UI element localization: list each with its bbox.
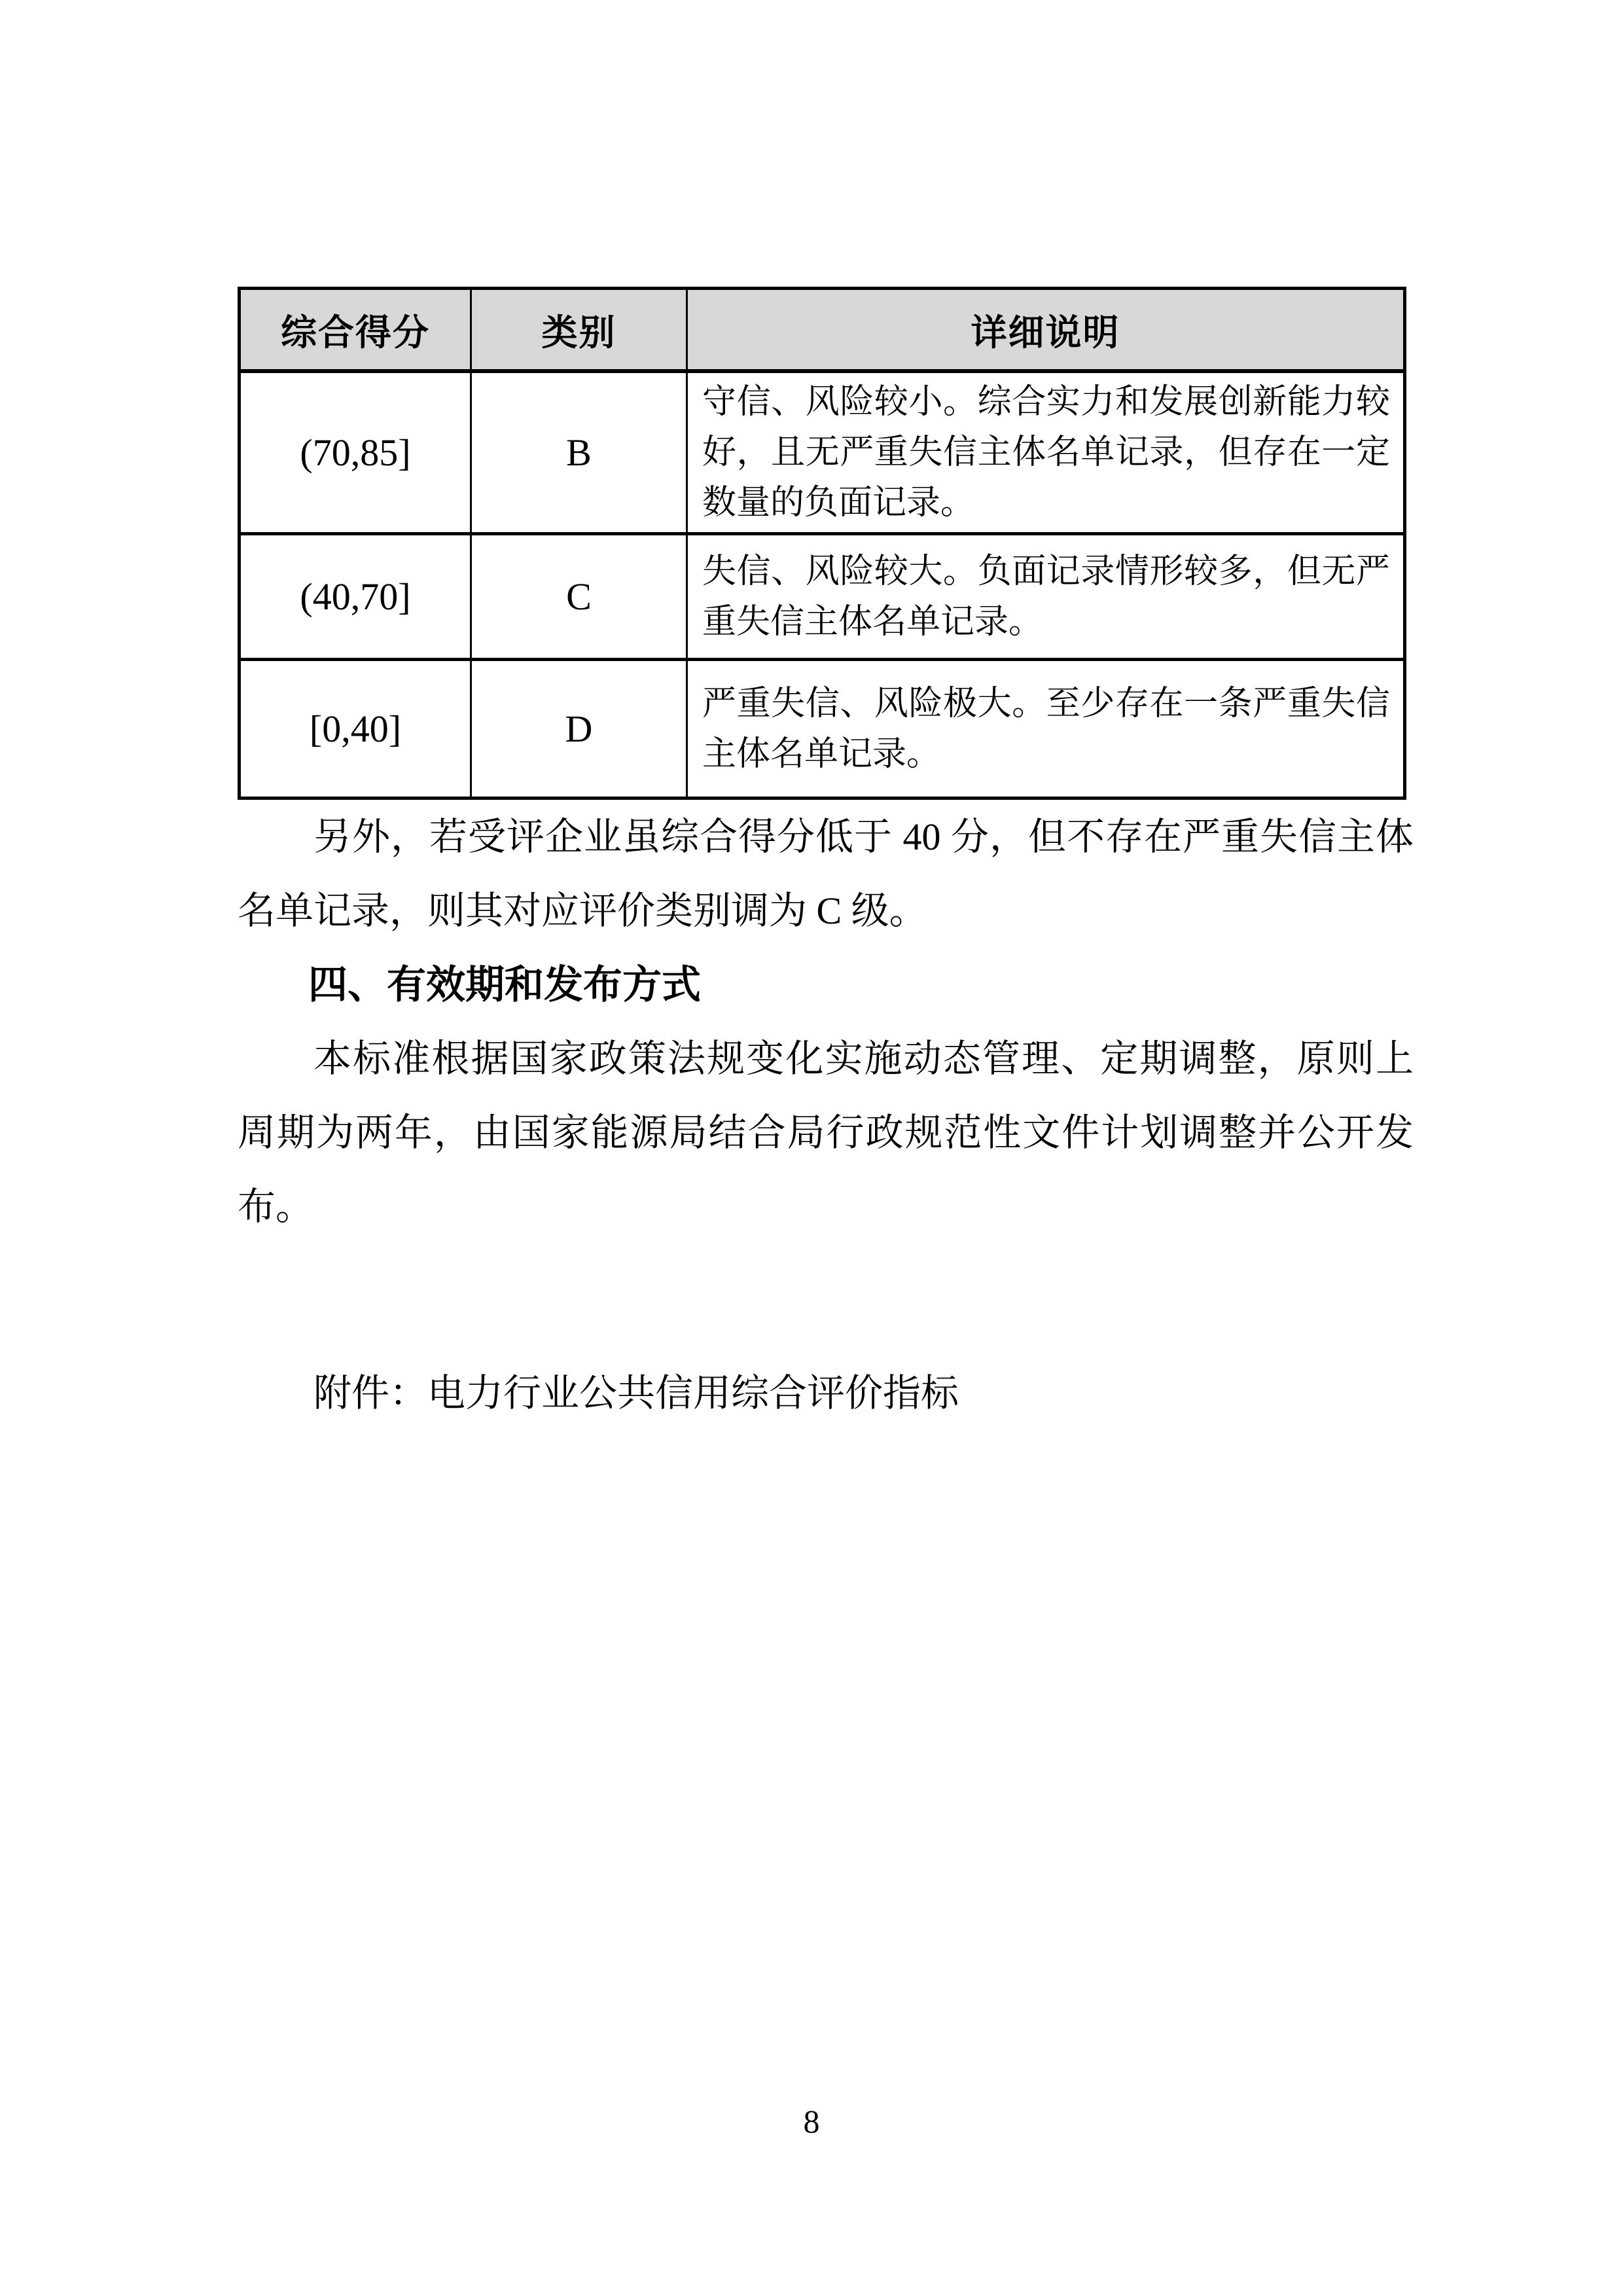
table-row-b: (70,85] B 守信、风险较小。综合实力和发展创新能力较好，且无严重失信主体…: [240, 371, 1405, 534]
note-paragraph: 另外，若受评企业虽综合得分低于 40 分，但不存在严重失信主体名单记录，则其对应…: [238, 800, 1414, 948]
score-range: (40,70]: [240, 534, 471, 660]
category-value: C: [471, 534, 687, 660]
page-content: 综合得分 类别 详细说明 (70,85] B 守信、风险较小。综合实力和发展创新…: [238, 287, 1414, 1430]
header-score: 综合得分: [240, 289, 471, 372]
page-number: 8: [0, 2102, 1623, 2140]
attachment-line: 附件：电力行业公共信用综合评价指标: [238, 1356, 1414, 1430]
category-description: 守信、风险较小。综合实力和发展创新能力较好，且无严重失信主体名单记录，但存在一定…: [687, 371, 1405, 534]
table-row-d: [0,40] D 严重失信、风险极大。至少存在一条严重失信主体名单记录。: [240, 660, 1405, 798]
body-paragraph: 本标准根据国家政策法规变化实施动态管理、定期调整，原则上周期为两年，由国家能源局…: [238, 1022, 1414, 1244]
document-page: 综合得分 类别 详细说明 (70,85] B 守信、风险较小。综合实力和发展创新…: [0, 0, 1623, 2296]
table-header-row: 综合得分 类别 详细说明: [240, 289, 1405, 372]
credit-rating-table: 综合得分 类别 详细说明 (70,85] B 守信、风险较小。综合实力和发展创新…: [238, 287, 1406, 800]
category-description: 严重失信、风险极大。至少存在一条严重失信主体名单记录。: [687, 660, 1405, 798]
table-row-c: (40,70] C 失信、风险较大。负面记录情形较多，但无严重失信主体名单记录。: [240, 534, 1405, 660]
header-category: 类别: [471, 289, 687, 372]
section-heading: 四、有效期和发布方式: [238, 948, 1414, 1022]
score-range: (70,85]: [240, 371, 471, 534]
header-description: 详细说明: [687, 289, 1405, 372]
category-value: D: [471, 660, 687, 798]
score-range: [0,40]: [240, 660, 471, 798]
category-value: B: [471, 371, 687, 534]
category-description: 失信、风险较大。负面记录情形较多，但无严重失信主体名单记录。: [687, 534, 1405, 660]
